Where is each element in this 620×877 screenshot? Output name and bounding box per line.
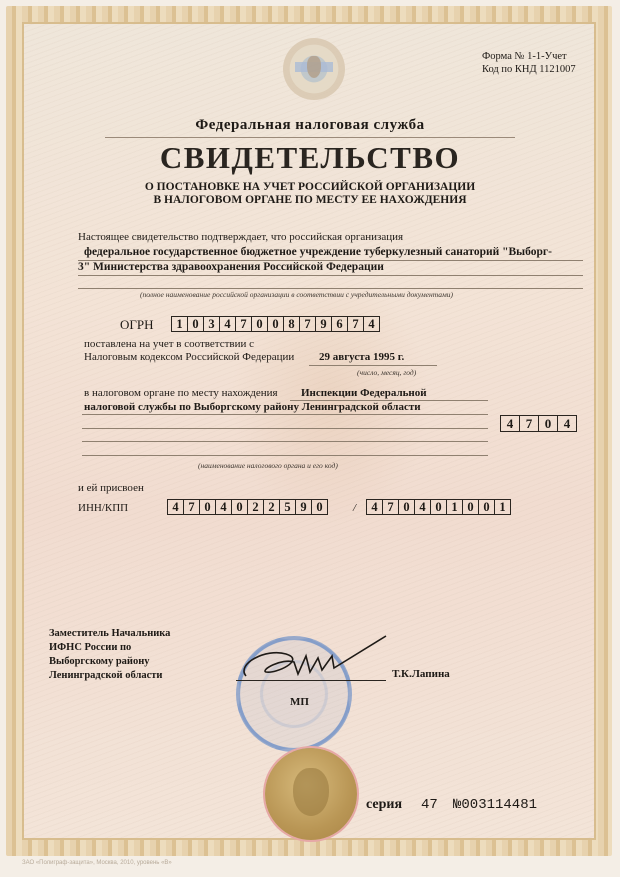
registered-text-1: поставлена на учет в соответствии с [84,338,254,350]
organization-name-hint: (полное наименование российской организа… [140,290,453,299]
inn-kpp-separator: / [353,502,356,514]
ogrn-digit: 0 [188,317,204,331]
ogrn-digit: 4 [364,317,379,331]
organization-name-line-2: 3" Министерства здравоохранения Российск… [78,260,584,275]
certificate-title: СВИДЕТЕЛЬСТВО [0,140,620,176]
certificate-subtitle: О ПОСТАНОВКЕ НА УЧЕТ РОССИЙСКОЙ ОРГАНИЗА… [0,181,620,207]
ogrn-label: ОГРН [120,317,154,333]
inn-digit: 0 [232,500,248,514]
kpp-digit: 1 [447,500,463,514]
ogrn-digit: 0 [268,317,284,331]
inn-digit: 4 [168,500,184,514]
kpp-digit: 0 [399,500,415,514]
tax-authority-name-line-2: налоговой службы по Выборгскому району Л… [84,401,421,413]
registered-text-2: Налоговым кодексом Российской Федерации [84,351,294,363]
inn-digit: 2 [264,500,280,514]
signer-position: Заместитель Начальника ИФНС России по Вы… [49,627,170,683]
kpp-digit: 1 [495,500,510,514]
stamp-place-label: МП [290,696,309,708]
ogrn-digit: 7 [348,317,364,331]
ogrn-digit: 8 [284,317,300,331]
kpp-digit: 4 [415,500,431,514]
inn-digit: 5 [280,500,296,514]
gold-seal-emblem [265,748,357,840]
rule [82,455,488,456]
printer-imprint: ЗАО «Полиграф-защита», Москва, 2010, уро… [22,860,172,866]
signer-position-line-3: Выборгскому району [49,655,170,669]
kpp-digit: 4 [367,500,383,514]
inn-digits: 4704022590 [167,499,328,515]
inn-digit: 7 [184,500,200,514]
kpp-digit: 0 [431,500,447,514]
tax-code-digit: 0 [539,416,558,431]
certificate-number: №003114481 [453,797,537,813]
inn-kpp-label: ИНН/КПП [78,502,128,514]
tax-code-digit: 4 [501,416,520,431]
inn-digit: 2 [248,500,264,514]
rule [78,275,583,276]
signature-icon [236,634,396,694]
agency-divider [105,137,515,138]
date-hint: (число, месяц, год) [357,368,416,377]
signer-position-line-2: ИФНС России по [49,641,170,655]
ogrn-digit: 1 [172,317,188,331]
series-value: 47 [421,797,438,813]
kpp-digit: 0 [463,500,479,514]
inn-digit: 0 [312,500,327,514]
rule [82,414,488,415]
signer-position-line-4: Ленинградской области [49,669,170,683]
ogrn-digit: 7 [300,317,316,331]
subtitle-line-2: В НАЛОГОВОМ ОРГАНЕ ПО МЕСТУ ЕЕ НАХОЖДЕНИ… [0,194,620,207]
rule [82,441,488,442]
signature-line [236,680,386,681]
ogrn-digit: 9 [316,317,332,331]
rule [82,428,488,429]
organization-name-line-1: федеральное государственное бюджетное уч… [84,245,584,260]
agency-name: Федеральная налоговая служба [0,117,620,134]
kpp-digit: 7 [383,500,399,514]
form-info: Форма № 1-1-Учет Код по КНД 1121007 [482,50,576,76]
tax-authority-hint: (наименование налогового органа и его ко… [198,461,338,470]
ogrn-digits: 1034700879674 [171,316,380,332]
form-number: Форма № 1-1-Учет [482,50,576,63]
tax-code-digit: 7 [520,416,539,431]
inn-digit: 4 [216,500,232,514]
rule [309,365,437,366]
certificate-page: Форма № 1-1-Учет Код по КНД 1121007 Феде… [0,0,620,877]
kpp-digit: 0 [479,500,495,514]
tax-code-digit: 4 [558,416,576,431]
subtitle-line-1: О ПОСТАНОВКЕ НА УЧЕТ РОССИЙСКОЙ ОРГАНИЗА… [0,181,620,194]
ogrn-digit: 0 [252,317,268,331]
knd-code: Код по КНД 1121007 [482,63,576,76]
ogrn-digit: 6 [332,317,348,331]
signer-name: Т.К.Лапина [392,668,450,680]
series-label: серия [366,797,402,813]
rule [78,288,583,289]
tax-authority-intro: в налоговом органе по месту нахождения [84,387,278,399]
kpp-digits: 470401001 [366,499,511,515]
tax-authority-name-line-1: Инспекции Федеральной [301,387,427,399]
inn-digit: 0 [200,500,216,514]
inn-digit: 9 [296,500,312,514]
rule [78,260,583,261]
assigned-intro: и ей присвоен [78,482,144,494]
ogrn-digit: 3 [204,317,220,331]
tax-authority-code: 4704 [500,415,577,432]
ogrn-digit: 4 [220,317,236,331]
organization-intro: Настоящее свидетельство подтверждает, чт… [78,231,403,243]
signer-position-line-1: Заместитель Начальника [49,627,170,641]
ogrn-digit: 7 [236,317,252,331]
registration-date: 29 августа 1995 г. [319,351,404,363]
hologram-emblem-icon [283,38,345,100]
